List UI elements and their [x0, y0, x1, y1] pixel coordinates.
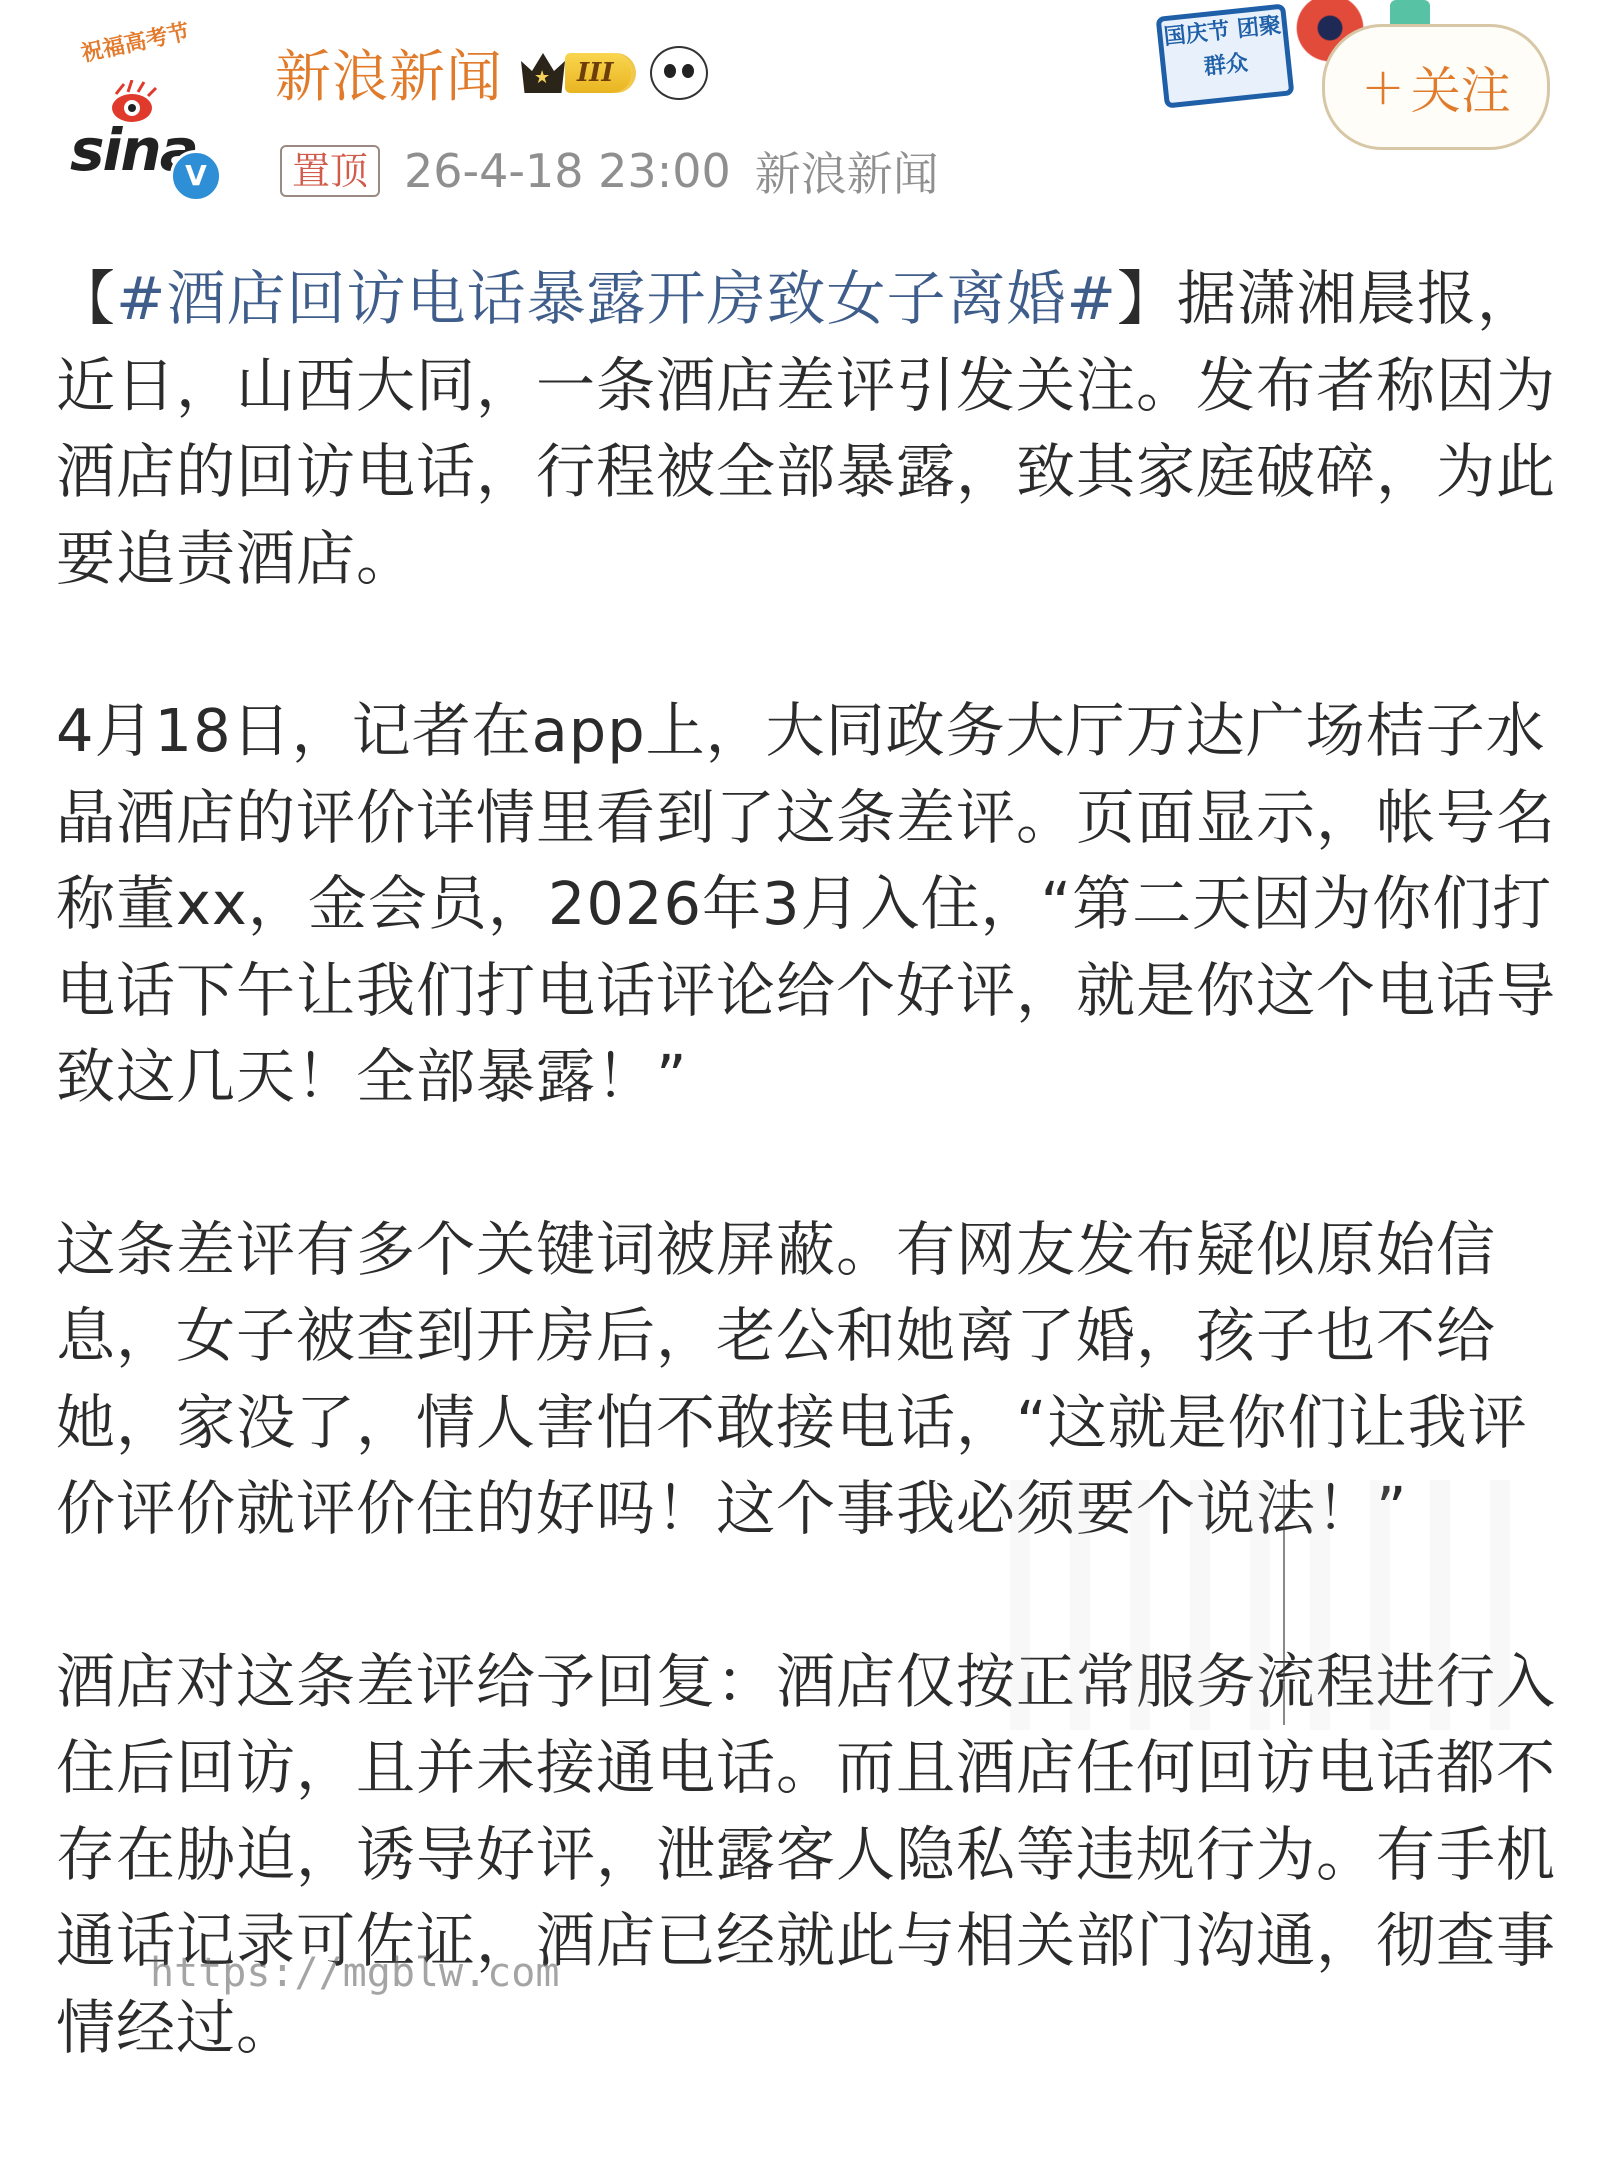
meta-row: 置顶 26-4-18 23:00 新浪新闻: [280, 138, 939, 204]
close-bracket: 】: [1117, 264, 1177, 333]
timestamp: 26-4-18 23:00: [404, 144, 731, 198]
crown-icon: ★: [521, 53, 565, 93]
post-source: 新浪新闻: [755, 138, 939, 204]
follow-button[interactable]: + 关注: [1322, 24, 1550, 150]
user-name[interactable]: 新浪新闻: [275, 33, 503, 113]
verified-badge-icon: V: [170, 150, 222, 202]
open-bracket: 【: [56, 264, 116, 333]
vip-level: III: [565, 53, 632, 93]
vip-badge[interactable]: ★ III: [521, 53, 632, 93]
scan-artifact-line: [1283, 1485, 1285, 1725]
paragraph-2: 4月18日，记者在app上，大同政务大厅万达广场桔子水晶酒店的评价详情里看到了这…: [56, 688, 1556, 1121]
watermark-url: https://mgblw.com: [150, 1950, 559, 1996]
paragraph-1: 【#酒店回访电话暴露开房致女子离婚#】据潇湘晨报，近日，山西大同，一条酒店差评引…: [56, 256, 1556, 602]
event-sign: 国庆节 团聚群众: [1156, 3, 1295, 108]
event-banner: 国庆节 团聚群众: [1140, 0, 1340, 120]
follow-label: 关注: [1411, 51, 1511, 123]
plus-icon: +: [1361, 57, 1405, 117]
hashtag-link[interactable]: #酒店回访电话暴露开房致女子离婚#: [116, 264, 1117, 333]
name-row: 新浪新闻 ★ III: [275, 38, 708, 108]
avatar[interactable]: 祝福高考节 sina V: [50, 20, 220, 190]
scan-artifact: [1010, 1480, 1530, 1730]
post-body: 【#酒店回访电话暴露开房致女子离婚#】据潇湘晨报，近日，山西大同，一条酒店差评引…: [56, 256, 1556, 2157]
panda-icon: [650, 46, 708, 100]
pinned-badge: 置顶: [280, 145, 380, 197]
avatar-frame-text: 祝福高考节: [58, 11, 211, 73]
post-header: 祝福高考节 sina V 新浪新闻 ★ III 置顶 26-4-18 23:00…: [0, 0, 1600, 210]
